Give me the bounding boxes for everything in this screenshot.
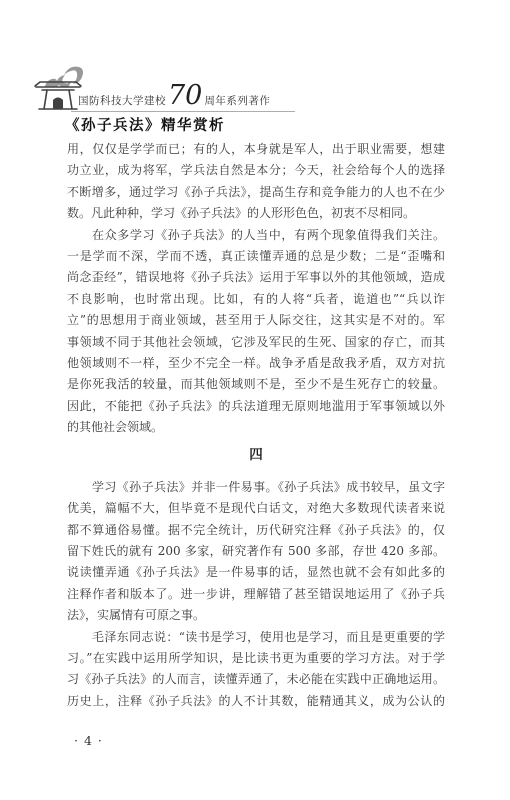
text-line: 习。”在实践中运用所学知识，是比读书更为重要的学习方法。对于学 (67, 648, 445, 669)
text-line: 的其他社会领域。 (67, 417, 445, 438)
text-line: 尚念歪经”，错误地将《孙子兵法》运用于军事以外的其他领域，造成 (67, 267, 445, 288)
text-line: 学习《孙子兵法》并非一件易事。《孙子兵法》成书较早，虽文字 (67, 477, 445, 498)
text-line: 说读懂弄通《孙子兵法》是一件易事的话，显然也就不会有如此多的 (67, 562, 445, 583)
text-line: 立”的思想用于商业领域，甚至用于人际交往，这其实是不对的。军 (67, 310, 445, 331)
series-prefix-text: 国防科技大学建校 (78, 93, 166, 108)
text-line: 在众多学习《孙子兵法》的人当中，有两个现象值得我们关注。 (67, 225, 445, 246)
text-line: 因此，不能把《孙子兵法》的兵法道理无原则地滥用于军事领域以外 (67, 396, 445, 417)
page-header: 国防科技大学建校 70 周年系列著作 《孙子兵法》精华赏析 (33, 62, 333, 134)
text-line: 用，仅仅是学学而已；有的人，本身就是军人，出于职业需要，想建 (67, 139, 445, 160)
text-line: 毛泽东同志说：“读书是学习，使用也是学习，而且是更重要的学 (67, 627, 445, 648)
text-line: 一是学而不深，学而不透，真正读懂弄通的总是少数；二是“歪嘴和 (67, 246, 445, 267)
text-line: 他领域则不一样，至少不完全一样。战争矛盾是敌我矛盾，双方对抗 (67, 353, 445, 374)
text-line: 是你死我活的较量，而其他领域则不是，至少不是生死存亡的较量。 (67, 374, 445, 395)
text-line: 注释作者和版本了。进一步讲，理解错了甚至错误地运用了《孙子兵 (67, 584, 445, 605)
text-line: 留下姓氏的就有 200 多家，研究著作有 500 多部，存世 420 多部。如果 (67, 541, 445, 562)
text-line: 不良影响，也时常出现。比如，有的人将“兵者，诡道也”“兵以诈 (67, 289, 445, 310)
text-line: 不断增多，通过学习《孙子兵法》，提高生存和竞争能力的人也不在少 (67, 182, 445, 203)
text-line: 都不算通俗易懂。据不完全统计，历代研究注释《孙子兵法》的，仅 (67, 520, 445, 541)
page-number: · 4 · (74, 733, 103, 748)
section-heading: 四 (67, 445, 445, 466)
text-line: 功立业，成为将军，学兵法自然是本分；今天，社会给每个人的选择 (67, 160, 445, 181)
series-title-line: 国防科技大学建校 70 周年系列著作 (78, 82, 270, 109)
anniversary-number: 70 (166, 82, 204, 109)
series-suffix-text: 周年系列著作 (204, 93, 270, 108)
text-line: 历史上，注释《孙子兵法》的人不计其数，能精通其义，成为公认的 (67, 691, 445, 712)
gate-door (53, 98, 63, 110)
text-line: 法》，实属情有可原之事。 (67, 605, 445, 626)
book-page: 国防科技大学建校 70 周年系列著作 《孙子兵法》精华赏析 用，仅仅是学学而已；… (0, 0, 510, 800)
text-line: 优美，篇幅不大，但毕竟不是现代白话文，对绝大多数现代读者来说 (67, 498, 445, 519)
header-divider (71, 111, 295, 112)
text-line: 事领域不同于其他社会领域，它涉及军民的生死、国家的存亡，而其 (67, 332, 445, 353)
text-line: 习《孙子兵法》的人而言，读懂弄通了，未必能在实践中正确地运用。 (67, 669, 445, 690)
text-line: 数。凡此种种，学习《孙子兵法》的人形形色色，初衷不尽相同。 (67, 203, 445, 224)
book-title: 《孙子兵法》精华赏析 (65, 114, 225, 135)
body-text: 用，仅仅是学学而已；有的人，本身就是军人，出于职业需要，想建功立业，成为将军，学… (67, 139, 445, 712)
